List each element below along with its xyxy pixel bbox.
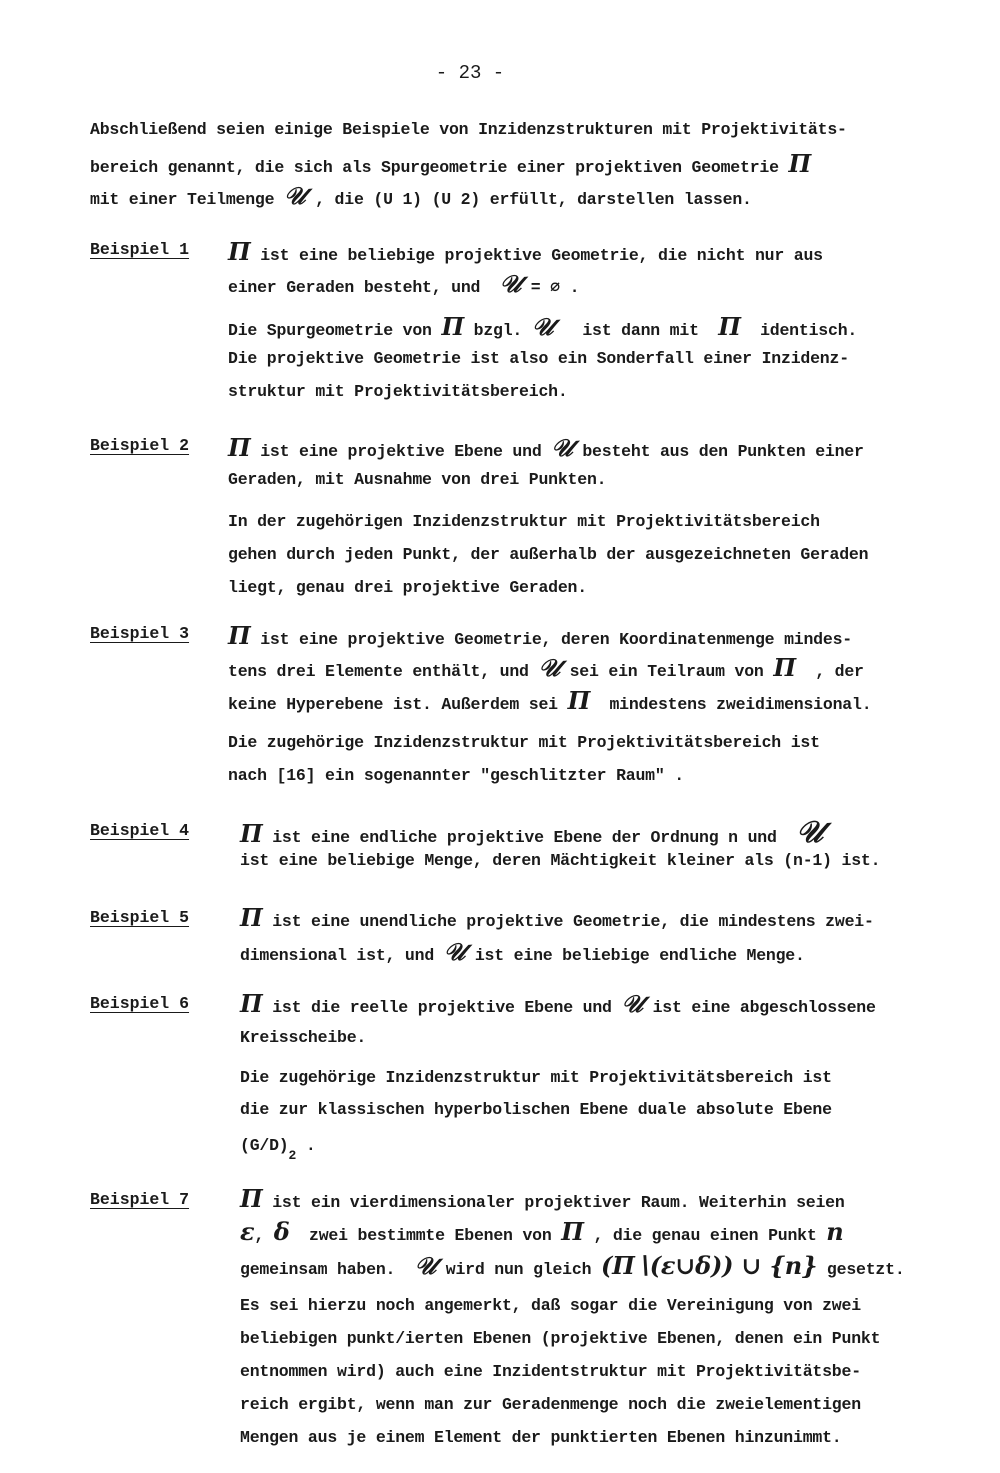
example-6-line: Die zugehörige Inzidenzstruktur mit Proj… xyxy=(240,1068,832,1087)
pi-symbol-icon: Π xyxy=(240,819,262,848)
example-7-line: ε, δ zwei bestimmte Ebenen von Π , die g… xyxy=(240,1220,844,1245)
u-symbol-icon: 𝒰 xyxy=(500,269,521,298)
pi-symbol-icon: Π xyxy=(240,1184,262,1213)
example-6-line: Π ist die reelle projektive Ebene und 𝒰 … xyxy=(240,992,876,1017)
example-label-3: Beispiel 3 xyxy=(90,624,189,643)
example-text: dimensional ist, und xyxy=(240,946,434,965)
example-5-line: dimensional ist, und 𝒰 ist eine beliebig… xyxy=(240,940,805,965)
subscript: 2 xyxy=(289,1148,297,1163)
page-number: - 23 - xyxy=(0,62,940,84)
example-label-7: Beispiel 7 xyxy=(90,1190,189,1209)
delta-symbol-icon: δ xyxy=(274,1217,290,1246)
example-text: . xyxy=(296,1136,315,1155)
u-symbol-icon: 𝒰 xyxy=(444,937,465,966)
pi-symbol-icon: Π xyxy=(773,653,795,682)
u-symbol-icon: 𝒰 xyxy=(532,312,553,341)
example-7-line: gemeinsam haben. 𝒰 wird nun gleich (Π∖(ε… xyxy=(240,1254,905,1279)
example-text: ist eine beliebige projektive Geometrie,… xyxy=(260,246,823,265)
example-label-6: Beispiel 6 xyxy=(90,994,189,1013)
example-2-line: Geraden, mit Ausnahme von drei Punkten. xyxy=(228,470,606,489)
example-4-line: Π ist eine endliche projektive Ebene der… xyxy=(240,818,823,848)
example-2-line: In der zugehörigen Inzidenzstruktur mit … xyxy=(228,512,820,531)
example-1-line: einer Geraden besteht, und 𝒰 = ∅ . xyxy=(228,272,579,297)
example-1-line: Die Spurgeometrie von Π bzgl. 𝒰 ist dann… xyxy=(228,315,857,340)
example-2-line: gehen durch jeden Punkt, der außerhalb d… xyxy=(228,545,868,564)
example-7-line: beliebigen punkt/ierten Ebenen (projekti… xyxy=(240,1329,880,1348)
pi-symbol-icon: Π xyxy=(561,1217,583,1246)
example-text: ist eine abgeschlossene xyxy=(653,998,876,1017)
example-label-4: Beispiel 4 xyxy=(90,821,189,840)
example-6-line: Kreisscheibe. xyxy=(240,1028,366,1047)
example-7-line: Es sei hierzu noch angemerkt, daß sogar … xyxy=(240,1296,861,1315)
example-text: Die Spurgeometrie von xyxy=(228,321,432,340)
epsilon-symbol-icon: ε xyxy=(240,1217,254,1246)
example-text: ist eine unendliche projektive Geometrie… xyxy=(272,912,874,931)
example-7-line: Mengen aus je einem Element der punktier… xyxy=(240,1428,842,1447)
u-symbol-icon: 𝒰 xyxy=(415,1251,436,1280)
example-3-line: Die zugehörige Inzidenzstruktur mit Proj… xyxy=(228,733,820,752)
example-6-line: die zur klassischen hyperbolischen Ebene… xyxy=(240,1100,832,1119)
example-text: mindestens zweidimensional. xyxy=(609,695,871,714)
intro-line-2: bereich genannt, die sich als Spurgeomet… xyxy=(90,152,811,177)
example-text: , die genau einen Punkt xyxy=(593,1226,816,1245)
u-symbol-icon: 𝒰 xyxy=(621,989,642,1018)
example-3-line: nach [16] ein sogenannter "geschlitzter … xyxy=(228,766,684,785)
example-label-2: Beispiel 2 xyxy=(90,436,189,455)
example-4-line: ist eine beliebige Menge, deren Mächtigk… xyxy=(240,851,880,870)
example-text: gesetzt. xyxy=(827,1260,905,1279)
pi-symbol-icon: Π xyxy=(240,903,262,932)
example-text: ist eine beliebige endliche Menge. xyxy=(475,946,805,965)
example-1-line: struktur mit Projektivitätsbereich. xyxy=(228,382,568,401)
example-text: = ∅ . xyxy=(531,278,580,297)
intro-line-1: Abschließend seien einige Beispiele von … xyxy=(90,120,847,139)
example-text: (G/D) xyxy=(240,1136,289,1155)
example-7-line: reich ergibt, wenn man zur Geradenmenge … xyxy=(240,1395,861,1414)
pi-symbol-icon: Π xyxy=(568,686,590,715)
example-label-5: Beispiel 5 xyxy=(90,908,189,927)
u-symbol-icon: 𝒰 xyxy=(796,815,823,850)
example-text: keine Hyperebene ist. Außerdem sei xyxy=(228,695,558,714)
example-text: tens drei Elemente enthält, und xyxy=(228,662,529,681)
example-6-line: (G/D)2 . xyxy=(240,1136,316,1155)
intro-text: bereich genannt, die sich als Spurgeomet… xyxy=(90,158,779,177)
example-text: wird nun gleich xyxy=(446,1260,592,1279)
pi-symbol-icon: Π xyxy=(228,433,250,462)
example-text: , der xyxy=(815,662,864,681)
example-text: ist dann mit xyxy=(582,321,698,340)
pi-symbol-icon: Π xyxy=(240,989,262,1018)
example-2-line: Π ist eine projektive Ebene und 𝒰 besteh… xyxy=(228,436,864,461)
pi-symbol-icon: Π xyxy=(441,312,463,341)
example-1-line: Die projektive Geometrie ist also ein So… xyxy=(228,349,849,368)
u-symbol-icon: 𝒰 xyxy=(538,653,559,682)
example-text: einer Geraden besteht, und xyxy=(228,278,480,297)
example-7-line: Π ist ein vierdimensionaler projektiver … xyxy=(240,1187,845,1212)
example-3-line: keine Hyperebene ist. Außerdem sei Π min… xyxy=(228,689,871,714)
intro-line-3: mit einer Teilmenge 𝒰 , die (U 1) (U 2) … xyxy=(90,184,752,209)
example-3-line: Π ist eine projektive Geometrie, deren K… xyxy=(228,624,852,649)
example-3-line: tens drei Elemente enthält, und 𝒰 sei ei… xyxy=(228,656,864,681)
example-text: ist ein vierdimensionaler projektiver Ra… xyxy=(272,1193,844,1212)
example-text: ist eine projektive Ebene und xyxy=(260,442,541,461)
example-2-line: liegt, genau drei projektive Geraden. xyxy=(228,578,587,597)
example-text: besteht aus den Punkten einer xyxy=(582,442,863,461)
example-text: sei ein Teilraum von xyxy=(570,662,764,681)
set-expression: (Π∖(ε∪δ)) ∪ {n} xyxy=(601,1251,817,1280)
example-text: identisch. xyxy=(760,321,857,340)
intro-text: mit einer Teilmenge xyxy=(90,190,274,209)
example-text: zwei bestimmte Ebenen von xyxy=(309,1226,552,1245)
example-1-line: Π ist eine beliebige projektive Geometri… xyxy=(228,240,823,265)
pi-symbol-icon: Π xyxy=(718,312,740,341)
example-7-line: entnommen wird) auch eine Inzidentstrukt… xyxy=(240,1362,861,1381)
example-label-1: Beispiel 1 xyxy=(90,240,189,259)
pi-symbol-icon: Π xyxy=(228,621,250,650)
example-text: ist eine projektive Geometrie, deren Koo… xyxy=(260,630,852,649)
example-text: bzgl. xyxy=(474,321,523,340)
example-text: ist die reelle projektive Ebene und xyxy=(272,998,612,1017)
n-symbol-icon: n xyxy=(826,1217,843,1246)
pi-symbol-icon: Π xyxy=(789,149,811,178)
pi-symbol-icon: Π xyxy=(228,237,250,266)
u-symbol-icon: 𝒰 xyxy=(284,181,305,210)
intro-text: , die (U 1) (U 2) erfüllt, darstellen la… xyxy=(315,190,752,209)
u-symbol-icon: 𝒰 xyxy=(551,433,572,462)
example-text: ist eine endliche projektive Ebene der O… xyxy=(272,828,776,847)
example-5-line: Π ist eine unendliche projektive Geometr… xyxy=(240,906,874,931)
example-text: gemeinsam haben. xyxy=(240,1260,395,1279)
